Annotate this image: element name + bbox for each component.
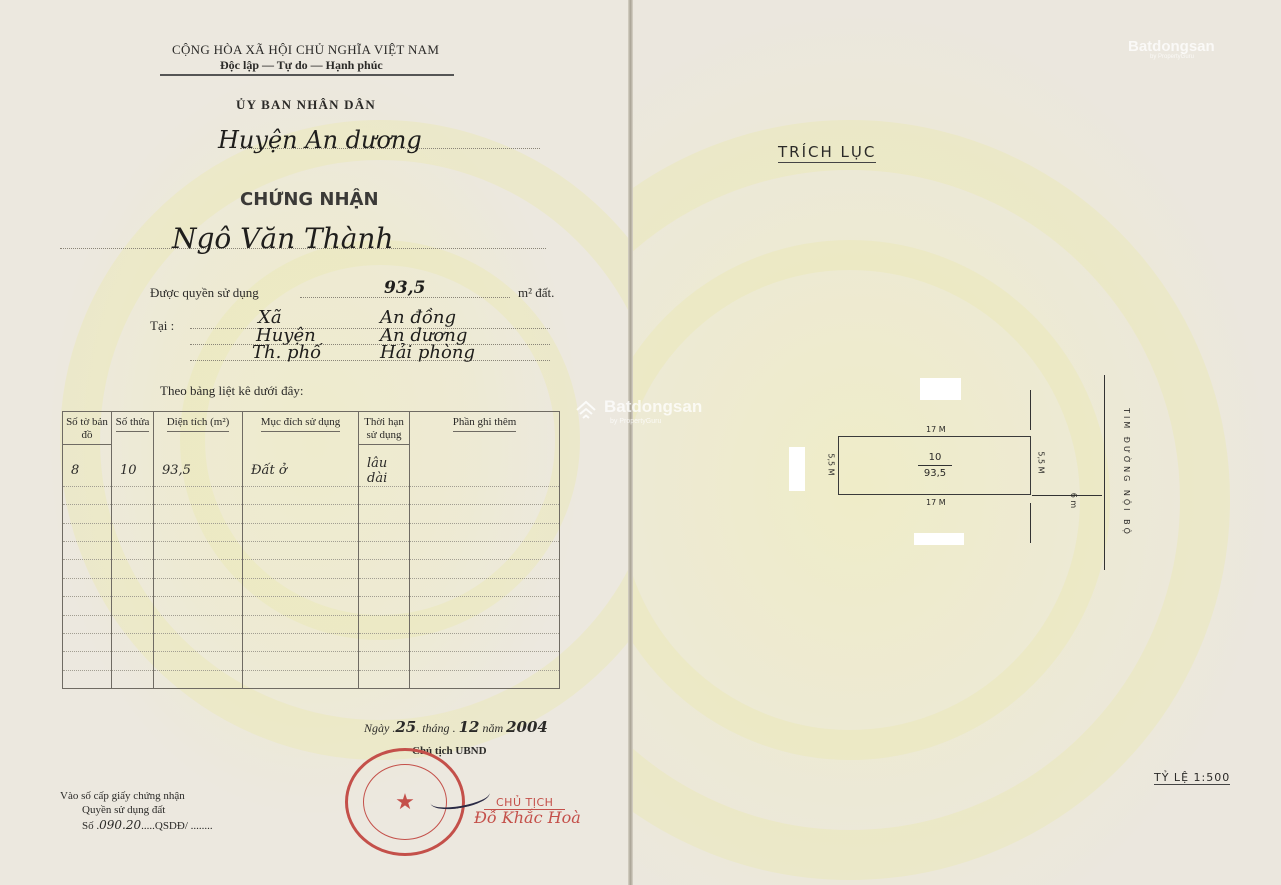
nation-motto: Độc lập — Tự do — Hạnh phúc (220, 58, 383, 73)
road-label: TIM ĐƯỜNG NỘI BỘ (1122, 408, 1131, 537)
watermark-brand-corner: Batdongsan (1128, 38, 1215, 55)
cell-map-sheet: 8 (63, 456, 112, 487)
owner-name: Ngô Văn Thành (172, 222, 394, 255)
col-header-duration: Thời hạn sử dụng (359, 412, 410, 456)
map-scale: TỶ LỆ 1:500 (1154, 771, 1230, 785)
issue-date: Ngày .25. tháng . 12 năm 2004 (364, 718, 548, 736)
registration-number: Số .090.20.....QSDĐ/ ........ (82, 818, 213, 832)
table-row-empty (63, 542, 560, 560)
table-row-empty (63, 560, 560, 578)
registration-line2: Quyền sử dụng đất (82, 804, 165, 816)
table-row-empty (63, 578, 560, 596)
redaction-box (789, 447, 805, 491)
authority-label: ỦY BAN NHÂN DÂN (236, 97, 376, 113)
table-row-empty (63, 615, 560, 633)
location-dotted-line (190, 328, 550, 329)
col-header-notes: Phần ghi thêm (410, 412, 560, 456)
table-row-empty (63, 597, 560, 615)
parcel-fraction-line (918, 465, 952, 466)
issue-month: 12 (459, 718, 480, 736)
plot-right-width: 5,5 M (1037, 451, 1046, 473)
cell-purpose: Đất ở (243, 456, 359, 487)
nation-header: CỘNG HÒA XÃ HỘI CHỦ NGHĨA VIỆT NAM (172, 42, 439, 58)
city-name: Hải phòng (380, 342, 475, 363)
usage-label: Được quyền sử dụng (150, 285, 259, 301)
road-distance-arrow (1032, 495, 1102, 496)
extract-title: TRÍCH LỤC (778, 143, 876, 163)
table-intro-label: Theo bảng liệt kê dưới đây: (160, 383, 304, 399)
redaction-box (920, 378, 961, 400)
col-header-parcel: Số thửa (112, 412, 154, 456)
table-header-row: Số tờ bản đồ Số thửa Diện tích (m²) Mục … (63, 412, 560, 456)
road-distance: 6 m (1069, 493, 1078, 508)
boundary-line (1030, 503, 1031, 543)
plot-left-width: 5,5 M (827, 453, 836, 475)
watermark-brand: Batdongsan (604, 397, 702, 417)
page-fold (628, 0, 633, 885)
table-row-empty (63, 505, 560, 523)
boundary-line (1030, 390, 1031, 430)
district-name: Huyện An dương (218, 126, 422, 154)
signer-name: Đỗ Khắc Hoà (474, 808, 581, 827)
location-dotted-line (190, 344, 550, 345)
table-row-empty (63, 523, 560, 541)
watermark-logo-icon (574, 398, 598, 422)
table-row-empty (63, 633, 560, 651)
cell-area: 93,5 (154, 456, 243, 487)
cell-parcel: 10 (112, 456, 154, 487)
plot-top-length: 17 M (926, 425, 946, 434)
watermark-tagline: by PropertyGuru (610, 418, 661, 425)
cell-duration: lâu dài (359, 456, 410, 487)
location-label: Tại : (150, 318, 174, 334)
area-value: 93,5 (384, 278, 425, 298)
table-row-empty (63, 670, 560, 688)
watermark-tagline-corner: by PropertyGuru (1150, 54, 1194, 60)
issue-year: 2004 (506, 718, 548, 736)
location-dotted-line (190, 360, 550, 361)
certificate-title: CHỨNG NHẬN (240, 189, 379, 210)
header-rule (160, 74, 454, 76)
col-header-area: Diện tích (m²) (154, 412, 243, 456)
table-row: 8 10 93,5 Đất ở lâu dài (63, 456, 560, 487)
land-parcel-table: Số tờ bản đồ Số thửa Diện tích (m²) Mục … (62, 411, 560, 689)
plot-bottom-length: 17 M (926, 498, 946, 507)
cell-notes (410, 456, 560, 487)
col-header-map-sheet: Số tờ bản đồ (63, 412, 112, 456)
col-header-purpose: Mục đích sử dụng (243, 412, 359, 456)
table-row-empty (63, 487, 560, 505)
parcel-number: 10 (905, 452, 965, 463)
area-unit: m² đất. (518, 285, 554, 301)
redaction-box (914, 533, 964, 545)
issue-day: 25 (395, 718, 416, 736)
road-centerline (1104, 375, 1105, 570)
table-row-empty (63, 652, 560, 670)
registration-line1: Vào số cấp giấy chứng nhận (60, 790, 185, 802)
parcel-area: 93,5 (905, 468, 965, 479)
city-level: Th. phố (252, 342, 321, 363)
